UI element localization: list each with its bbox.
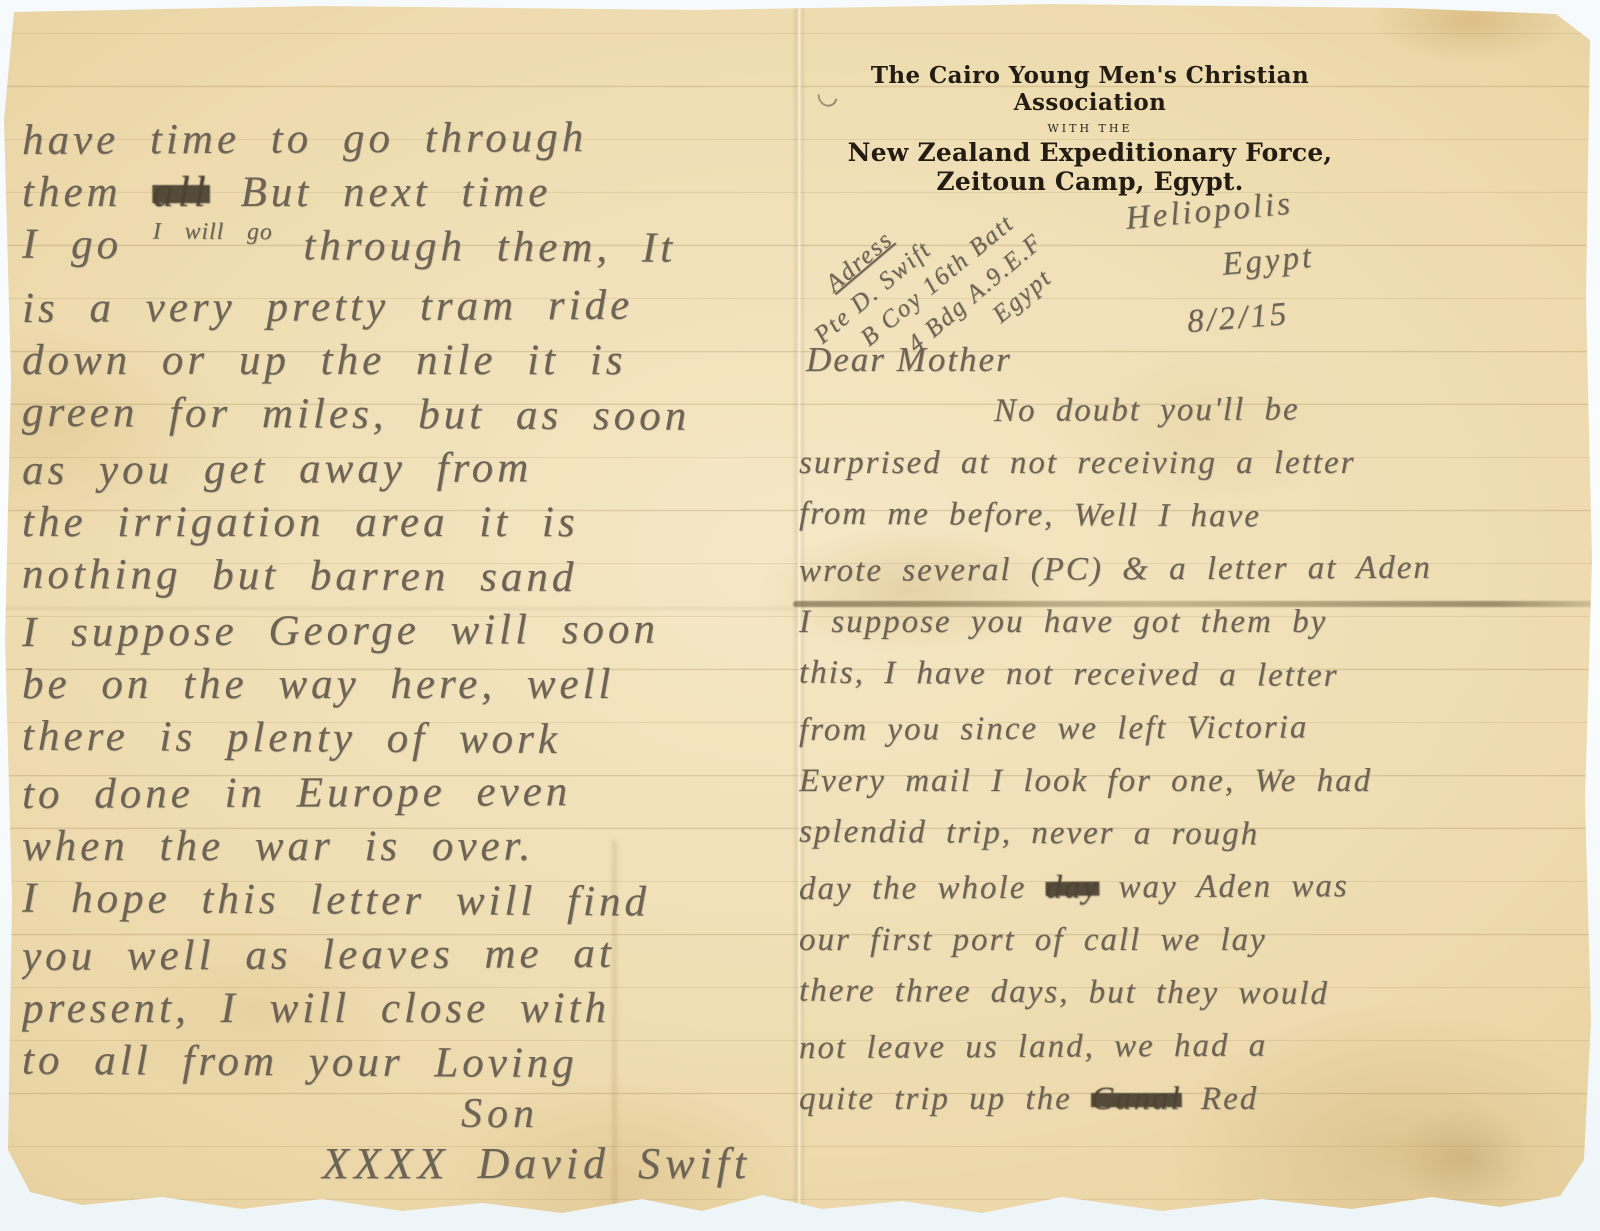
handwriting-text: to all from your Loving — [22, 1037, 578, 1087]
handwriting-line: is a very pretty tram ride — [22, 278, 784, 336]
handwriting-text: Heliopolis — [1124, 186, 1294, 237]
handwriting-line: present, I will close with — [22, 982, 784, 1036]
handwriting-line: the irrigation area it is — [22, 496, 784, 550]
handwriting-text: to done in Europe even — [22, 768, 571, 818]
handwriting-text: I go — [22, 221, 153, 269]
handwriting-text: this, I have not received a letter — [799, 655, 1339, 694]
salutation: Dear Mother — [806, 340, 1012, 380]
handwriting-line: from you since we left Victoria — [799, 700, 1593, 757]
handwriting-text: I hope this letter will find — [22, 875, 650, 926]
handwriting-line: surprised at not receiving a letter — [799, 437, 1593, 490]
handwriting-text: surprised at not receiving a letter — [799, 445, 1355, 481]
handwriting-line: down or up the nile it is — [22, 334, 784, 388]
handwriting-line: Every mail I look for one, We had — [799, 755, 1593, 808]
handwriting-line: day the whole day way Aden was — [799, 859, 1593, 916]
letter-paper: The Cairo Young Men's Christian Associat… — [0, 0, 1600, 1231]
handwriting-text: you well as leaves me at — [22, 930, 615, 980]
handwriting-line: not leave us land, we had a — [799, 1018, 1593, 1075]
handwriting-text: them — [22, 169, 152, 216]
handwriting-text: there three days, but they would — [799, 973, 1329, 1012]
handwriting-line: as you get away from — [22, 440, 784, 498]
handwriting-text: I suppose you have got them by — [799, 604, 1327, 640]
handwriting-line: I go I will go through them, It — [22, 218, 784, 283]
handwriting-line: nothing but barren sand — [22, 548, 784, 607]
scanned-letter: The Cairo Young Men's Christian Associat… — [0, 0, 1600, 1231]
handwriting-text: as you get away from — [22, 444, 532, 494]
handwriting-text: quite trip up the — [799, 1081, 1091, 1117]
handwriting-text: from you since we left Victoria — [799, 709, 1308, 748]
handwriting-line: to done in Europe even — [22, 764, 784, 822]
handwriting-line: I hope this letter will find — [22, 872, 784, 931]
handwriting-line: I suppose you have got them by — [799, 596, 1593, 649]
handwriting-text: nothing but barren sand — [22, 551, 577, 601]
handwriting-text: wrote several (PC) & a letter at Aden — [799, 550, 1432, 589]
handwriting-text: Red — [1182, 1081, 1259, 1117]
handwriting-text: present, I will close with — [22, 985, 610, 1032]
handwriting-line: you well as leaves me at — [22, 926, 784, 984]
handwriting-text: our first port of call we lay — [799, 922, 1267, 958]
handwriting-text: down or up the nile it is — [22, 337, 627, 384]
place-date-block: HeliopolisEgypt8/2/15 — [1123, 161, 1476, 355]
handwriting-text: day the whole — [799, 870, 1046, 907]
handwriting-line: our first port of call we lay — [799, 914, 1593, 967]
handwriting-text: from me before, Well I have — [799, 496, 1261, 535]
handwriting-line: wrote several (PC) & a letter at Aden — [799, 541, 1593, 598]
handwriting-text: way Aden was — [1099, 868, 1349, 905]
left-page-body: have time to go throughthem all But next… — [22, 112, 784, 1092]
handwriting-text: Every mail I look for one, We had — [799, 763, 1372, 799]
handwriting-text: there is plenty of work — [22, 713, 561, 763]
signature: XXXX David Swift — [322, 1138, 751, 1189]
closing: Son — [260, 1090, 740, 1138]
handwriting-text: when the war is over. — [22, 823, 534, 870]
handwriting-text: the irrigation area it is — [22, 499, 579, 546]
handwriting-line: when the war is over. — [22, 820, 784, 874]
handwriting-line: I suppose George will soon — [22, 602, 784, 660]
scribbled-word: day — [1045, 870, 1099, 906]
handwriting-line: be on the way here, well — [22, 658, 784, 712]
inserted-word: I will go — [153, 204, 273, 259]
handwriting-text: splendid trip, never a rough — [799, 814, 1259, 853]
handwriting-text: through them, It — [273, 222, 677, 271]
handwriting-line: them all But next time — [22, 166, 784, 220]
handwriting-line: there is plenty of work — [22, 710, 784, 769]
scribbled-word: Canal — [1091, 1081, 1182, 1117]
handwriting-text: 8/2/15 — [1186, 296, 1291, 340]
handwriting-line: No doubt you'll be — [799, 384, 1593, 439]
right-page-body: No doubt you'll besurprised at not recei… — [799, 384, 1593, 1144]
handwriting-text: be on the way here, well — [22, 661, 614, 708]
handwriting-text: No doubt you'll be — [994, 391, 1300, 429]
handwriting-text: I suppose George will soon — [22, 606, 659, 656]
handwriting-text: Egypt — [1221, 239, 1316, 283]
handwriting-text: have time to go through — [22, 114, 587, 164]
handwriting-line: splendid trip, never a rough — [799, 806, 1593, 864]
handwriting-line: green for miles, but as soon — [22, 386, 784, 445]
handwriting-line: from me before, Well I have — [799, 488, 1593, 546]
handwriting-text: not leave us land, we had a — [799, 1028, 1267, 1066]
handwriting-text: is a very pretty tram ride — [22, 282, 633, 332]
handwriting-line: have time to go through — [22, 112, 784, 168]
handwriting-text: green for miles, but as soon — [22, 389, 690, 440]
handwriting-line: quite trip up the Canal Red — [799, 1073, 1593, 1126]
handwriting-line: there three days, but they would — [799, 965, 1593, 1023]
handwriting-line: to all from your Loving — [22, 1034, 784, 1092]
handwriting-line: this, I have not received a letter — [799, 647, 1593, 705]
